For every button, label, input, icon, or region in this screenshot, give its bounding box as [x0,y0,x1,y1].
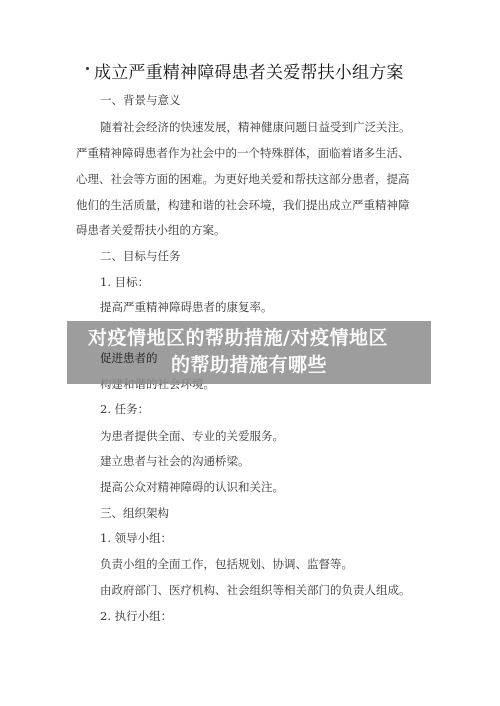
paragraph-line: 严重精神障碍患者作为社会中的一个特殊群体，面临着诸多生活、 [76,145,410,161]
document-title: 成立严重精神障碍患者关爱帮扶小组方案 [86,61,426,85]
list-item: 2. 执行小组： [100,608,172,624]
paragraph-line: 心理、社会等方面的困难。为更好地关爱和帮扶这部分患者，提高 [76,171,410,187]
overlay-title-line-1: 对疫情地区的帮助措施/对疫情地区 [67,325,431,352]
document-title-text: 成立严重精神障碍患者关爱帮扶小组方案 [94,63,404,83]
paragraph-line: 随着社会经济的快速发展，精神健康问题日益受到广泛关注。 [100,119,411,135]
list-item-visible-fragment: 促进患者的 [100,350,158,366]
paragraph-line: 他们的生活质量，构建和谐的社会环境，我们提出成立严重精神障 [76,197,410,213]
list-item: 2. 任务： [100,401,149,417]
list-item: 1. 领导小组： [100,530,172,546]
bullet-dot-icon [86,67,89,70]
document-page: 成立严重精神障碍患者关爱帮扶小组方案 一、背景与意义 随着社会经济的快速发展，精… [0,0,500,706]
list-item: 提高公众对精神障碍的认识和关注。 [100,479,284,495]
list-item: 提高严重精神障碍患者的康复率。 [100,299,273,315]
section-heading-organization: 三、组织架构 [100,505,169,521]
paragraph-line: 碍患者关爱帮扶小组的方案。 [76,222,226,238]
list-item: 由政府部门、医疗机构、社会组织等相关部门的负责人组成。 [100,582,411,598]
section-heading-goals: 二、目标与任务 [100,248,181,264]
list-item: 负责小组的全面工作，包括规划、协调、监督等。 [100,556,353,572]
list-item: 1. 目标： [100,274,149,290]
list-item: 建立患者与社会的沟通桥梁。 [100,453,250,469]
section-heading-background: 一、背景与意义 [100,92,181,108]
list-item: 为患者提供全面、专业的关爱服务。 [100,428,284,444]
